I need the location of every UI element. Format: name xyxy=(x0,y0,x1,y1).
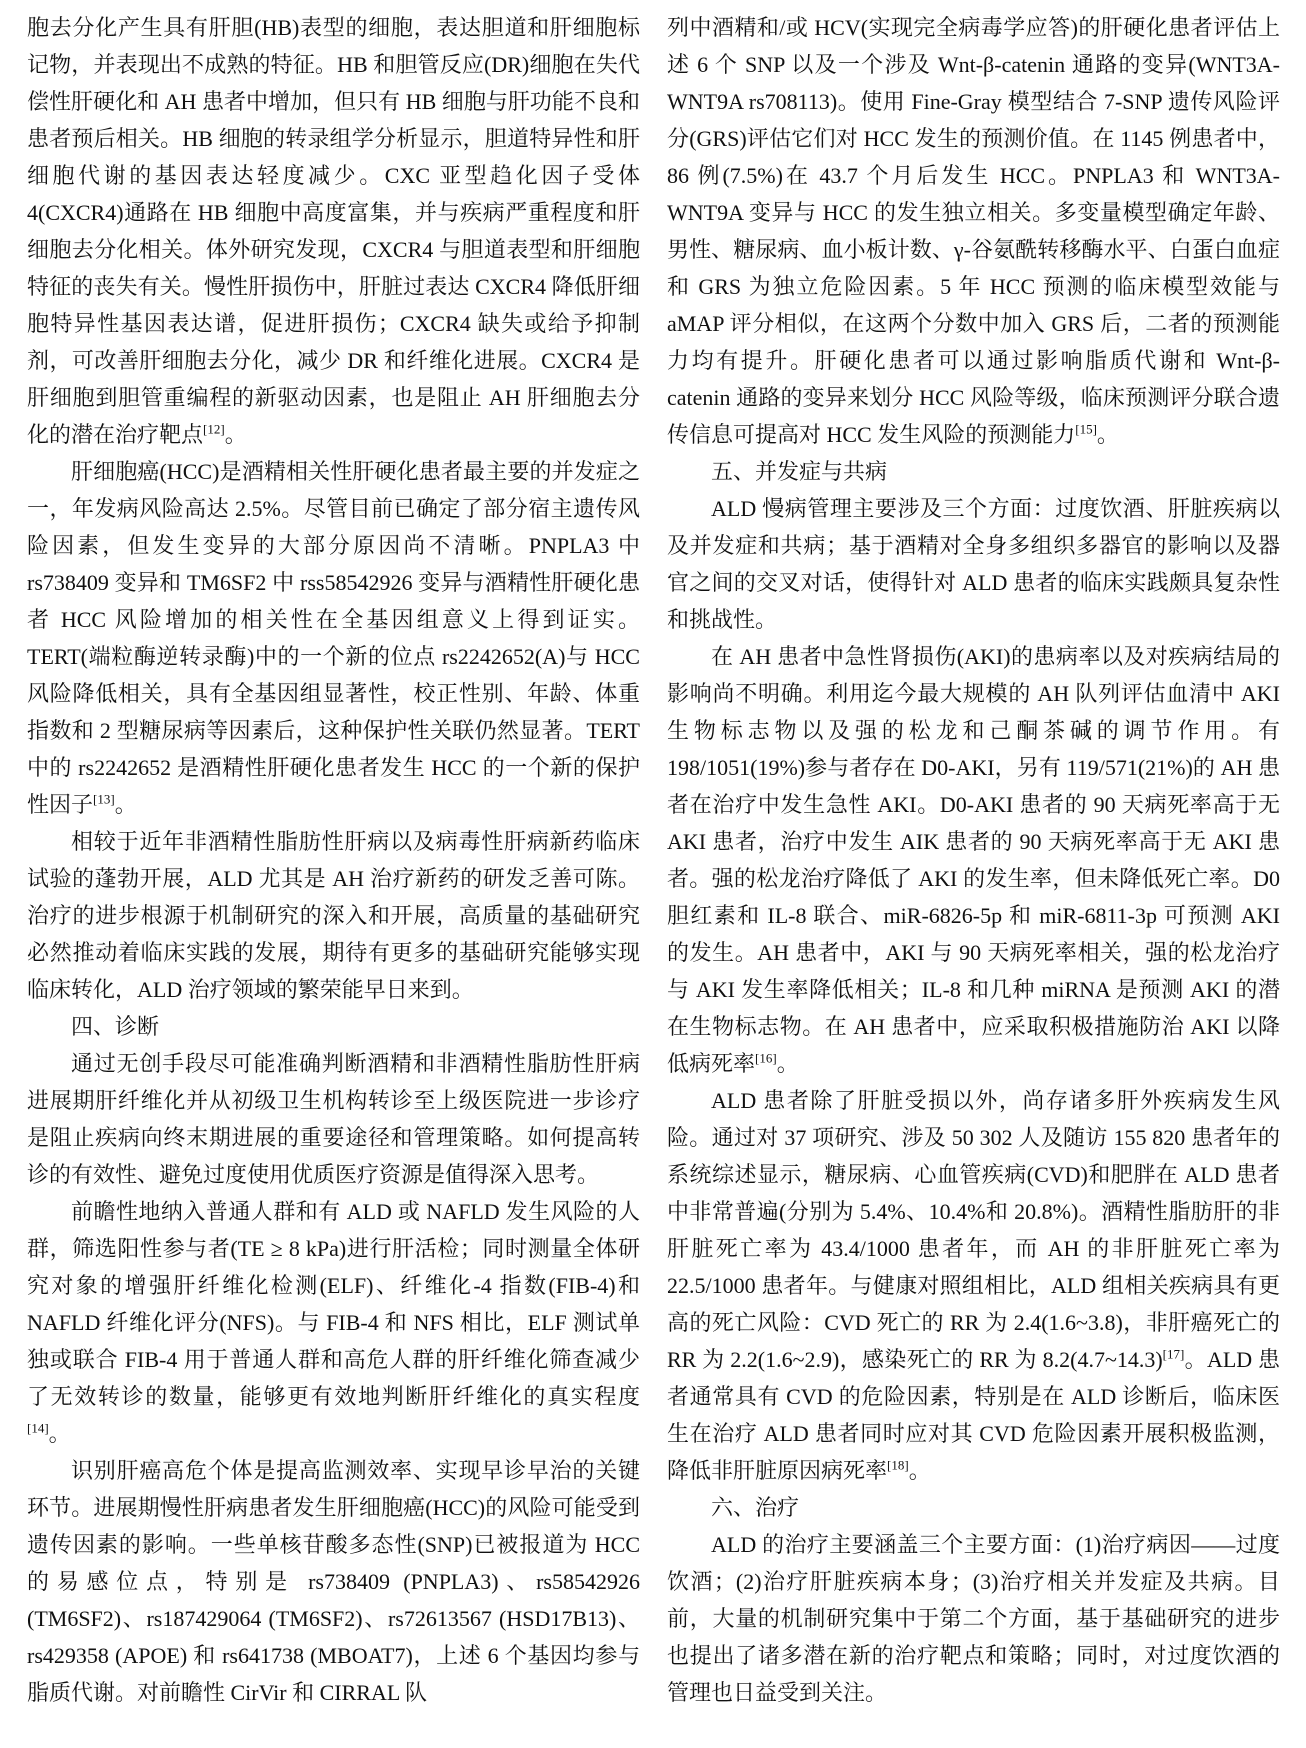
reference-marker: [14] xyxy=(27,1421,49,1436)
reference-marker: [17] xyxy=(1163,1347,1185,1362)
paragraph: 在 AH 患者中急性肾损伤(AKI)的患病率以及对疾病结局的影响尚不明确。利用迄… xyxy=(667,638,1280,1082)
paragraph: 相较于近年非酒精性脂肪性肝病以及病毒性肝病新药临床试验的蓬勃开展，ALD 尤其是… xyxy=(27,823,640,1008)
paragraph: ALD 患者除了肝脏受损以外，尚存诸多肝外疾病发生风险。通过对 37 项研究、涉… xyxy=(667,1082,1280,1489)
section-heading: 四、诊断 xyxy=(27,1008,640,1045)
paragraph: 肝细胞癌(HCC)是酒精相关性肝硬化患者最主要的并发症之一，年发病风险高达 2.… xyxy=(27,453,640,823)
reference-marker: [16] xyxy=(755,1051,777,1066)
paragraph: ALD 的治疗主要涵盖三个主要方面：(1)治疗病因——过度饮酒；(2)治疗肝脏疾… xyxy=(667,1526,1280,1711)
section-heading: 六、治疗 xyxy=(667,1489,1280,1526)
paper-page: 胞去分化产生具有肝胆(HB)表型的细胞，表达胆道和肝细胞标记物，并表现出不成熟的… xyxy=(0,0,1306,1748)
section-heading: 五、并发症与共病 xyxy=(667,453,1280,490)
paragraph: 列中酒精和/或 HCV(实现完全病毒学应答)的肝硬化患者评估上述 6 个 SNP… xyxy=(667,9,1280,453)
column-left: 胞去分化产生具有肝胆(HB)表型的细胞，表达胆道和肝细胞标记物，并表现出不成熟的… xyxy=(27,9,640,1748)
reference-marker: [15] xyxy=(1075,422,1097,437)
column-right: 列中酒精和/或 HCV(实现完全病毒学应答)的肝硬化患者评估上述 6 个 SNP… xyxy=(667,9,1280,1748)
paragraph: 胞去分化产生具有肝胆(HB)表型的细胞，表达胆道和肝细胞标记物，并表现出不成熟的… xyxy=(27,9,640,453)
reference-marker: [13] xyxy=(93,792,115,807)
reference-marker: [12] xyxy=(203,422,225,437)
reference-marker: [18] xyxy=(887,1458,909,1473)
paragraph: 前瞻性地纳入普通人群和有 ALD 或 NAFLD 发生风险的人群，筛选阳性参与者… xyxy=(27,1193,640,1452)
paragraph: ALD 慢病管理主要涉及三个方面：过度饮酒、肝脏疾病以及并发症和共病；基于酒精对… xyxy=(667,490,1280,638)
paragraph: 识别肝癌高危个体是提高监测效率、实现早诊早治的关键环节。进展期慢性肝病患者发生肝… xyxy=(27,1452,640,1711)
paragraph: 通过无创手段尽可能准确判断酒精和非酒精性脂肪性肝病进展期肝纤维化并从初级卫生机构… xyxy=(27,1045,640,1193)
